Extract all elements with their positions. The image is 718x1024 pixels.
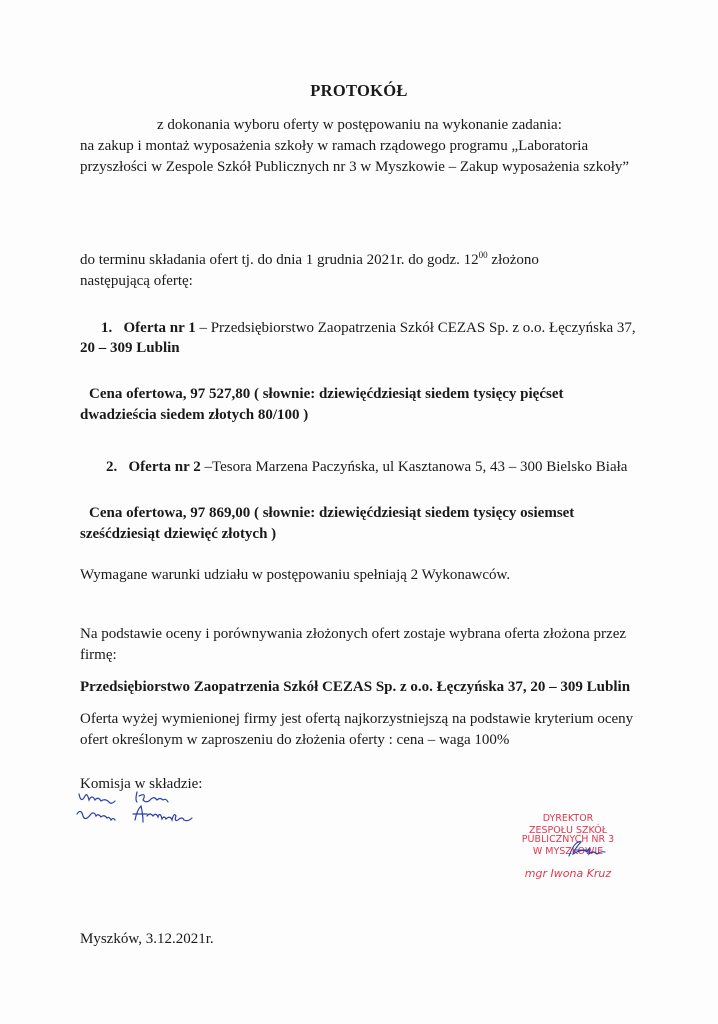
deadline-text: do terminu składania ofert tj. do dnia 1… <box>80 252 479 268</box>
place-date: Myszków, 3.12.2021r. <box>80 932 214 947</box>
director-signature <box>565 838 615 860</box>
offer-2-heading: 2. Oferta nr 2 –Tesora Marzena Paczyńska… <box>106 460 627 475</box>
deadline-line-1: do terminu składania ofert tj. do dnia 1… <box>80 253 539 268</box>
title-text: PROTOKÓŁ <box>310 81 407 100</box>
offer-2-number: 2. <box>106 459 117 475</box>
reason-line-2: ofert określonym w zaproszeniu do złożen… <box>80 733 509 748</box>
selection-line-2: firmę: <box>80 648 117 663</box>
deadline-text-end: złożono <box>488 252 539 268</box>
offer-2-company: –Tesora Marzena Paczyńska, ul Kasztanowa… <box>201 459 628 475</box>
stamp-line-1: DYREKTOR <box>498 814 638 824</box>
offer-1-label: Oferta nr 1 <box>124 320 196 336</box>
offer-1-price-line-1: Cena ofertowa, 97 527,80 ( słownie: dzie… <box>89 387 563 402</box>
committee-signatures <box>75 790 235 840</box>
deadline-hour-superscript: 00 <box>479 250 488 260</box>
offer-2-label: Oferta nr 2 <box>129 459 201 475</box>
selection-line-1: Na podstawie oceny i porównywania złożon… <box>80 627 626 642</box>
offer-1-city: 20 – 309 Lublin <box>80 341 180 356</box>
offer-2-price-line-1: Cena ofertowa, 97 869,00 ( słownie: dzie… <box>89 506 574 521</box>
intro-line-2: na zakup i montaż wyposażenia szkoły w r… <box>80 139 588 154</box>
conditions-text: Wymagane warunki udziału w postępowaniu … <box>80 568 510 583</box>
intro-line-3: przyszłości w Zespole Szkół Publicznych … <box>80 160 629 175</box>
stamp-name: mgr Iwona Kruz <box>498 868 638 879</box>
offer-2-price-line-2: sześćdziesiąt dziewięć złotych ) <box>80 527 276 542</box>
intro-line-1: z dokonania wyboru oferty w postępowaniu… <box>157 118 562 133</box>
offer-1-company: – Przedsiębiorstwo Zaopatrzenia Szkół CE… <box>196 320 636 336</box>
deadline-line-2: następującą ofertę: <box>80 274 193 289</box>
offer-1-price-line-2: dwadzieścia siedem złotych 80/100 ) <box>80 408 308 423</box>
offer-1-number: 1. <box>101 320 112 336</box>
document-title: PROTOKÓŁ <box>0 83 718 100</box>
winner-company: Przedsiębiorstwo Zaopatrzenia Szkół CEZA… <box>80 680 630 695</box>
reason-line-1: Oferta wyżej wymienionej firmy jest ofer… <box>80 712 633 727</box>
offer-1-heading: 1. Oferta nr 1 – Przedsiębiorstwo Zaopat… <box>101 321 636 336</box>
